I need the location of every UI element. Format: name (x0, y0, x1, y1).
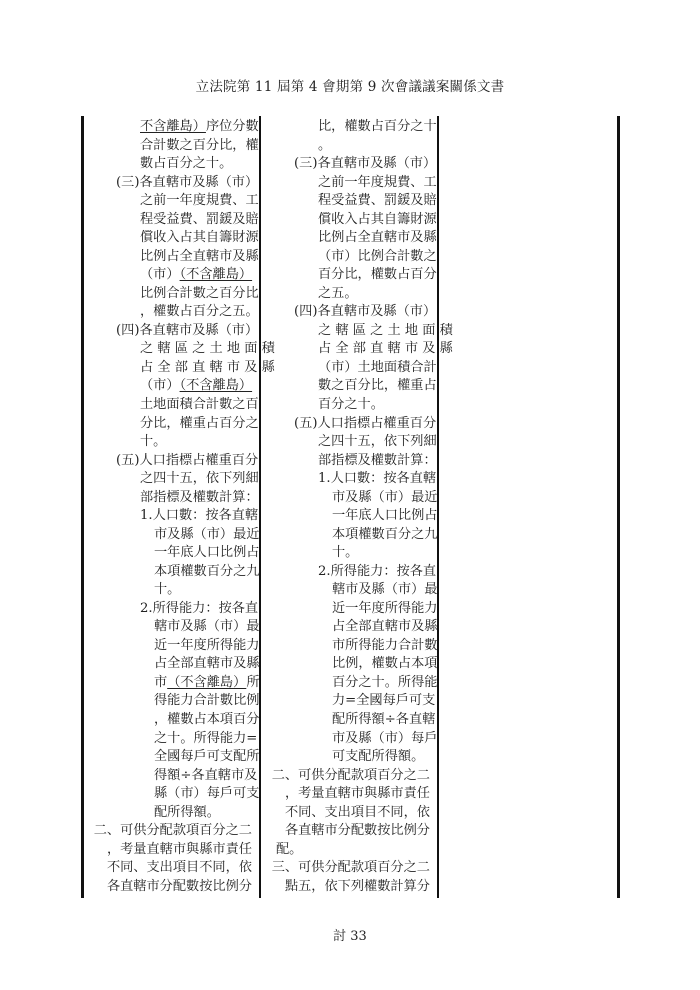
text-segment: 數之百分比，權重占 (318, 378, 437, 393)
text-segment: 二、可供分配款項百分之二 (272, 768, 430, 783)
text-segment: 配。 (276, 842, 302, 857)
text-line: 數占百分之十。 (88, 155, 256, 174)
text-line: 部指標及權數計算： (266, 452, 434, 471)
text-line: ，權數占百分之五。 (88, 303, 256, 322)
text-line: ，考量直轄市與縣市責任 (266, 785, 434, 804)
text-segment: 轄市及縣（市）最 (332, 582, 438, 597)
text-segment: 不同、支出項目不同，依 (285, 805, 430, 820)
text-line: 不含離島）序位分數 (88, 118, 256, 137)
underlined-amendment: （不含離島） (167, 675, 246, 690)
column-divider-1 (259, 116, 261, 898)
text-line: 占全部直轄市及縣 (266, 618, 434, 637)
text-segment: 之前一年度規費、工 (140, 193, 259, 208)
text-line: 一年底人口比例占 (88, 544, 256, 563)
text-line: 分比，權重占百分之 (88, 415, 256, 434)
text-line: 比例，權數占本項 (266, 655, 434, 674)
text-segment: 可支配所得額。 (332, 749, 424, 764)
text-line: 十。 (88, 581, 256, 600)
text-line: 近一年度所得能力 (88, 637, 256, 656)
text-segment: ，考量直轄市與縣市責任 (285, 786, 430, 801)
text-line: 各直轄市分配數按比例分 (88, 878, 256, 897)
text-line: 二、可供分配款項百分之二 (266, 767, 434, 786)
text-line: 轄市及縣（市）最 (266, 581, 434, 600)
text-line: 比例合計數之百分比 (88, 285, 256, 304)
text-line: 不同、支出項目不同，依 (88, 859, 256, 878)
text-segment: 市及縣（市）最近 (154, 527, 260, 542)
text-segment: 占 全 部 直 轄 市 及 縣 (318, 341, 453, 356)
text-segment: 比例占全直轄市及縣 (318, 230, 437, 245)
text-segment: 市所得能力合計數 (332, 638, 438, 653)
text-segment: 縣（市）每戶可支 (154, 786, 260, 801)
text-line: 點五，依下列權數計算分 (266, 878, 434, 897)
text-line: 數之百分比，權重占 (266, 377, 434, 396)
column-left: 不含離島）序位分數合計數之百分比，權數占百分之十。(三)各直轄市及縣（市）之前一… (88, 118, 256, 896)
text-line: 2.所得能力：按各直 (88, 600, 256, 619)
text-line: 市及縣（市）每戶 (266, 730, 434, 749)
text-segment: 十。 (154, 582, 180, 597)
text-segment: （市） (140, 267, 180, 282)
text-segment: 部指標及權數計算： (140, 490, 259, 505)
underlined-amendment: 不含離島） (140, 119, 206, 134)
text-line: ，考量直轄市與縣市責任 (88, 841, 256, 860)
text-segment: 一年底人口比例占 (154, 545, 260, 560)
text-line: 配所得額。 (88, 804, 256, 823)
text-line: （市）土地面積合計 (266, 359, 434, 378)
text-line: 百分之十。所得能 (266, 674, 434, 693)
text-segment: （市） (140, 378, 180, 393)
text-segment: 十。 (332, 545, 358, 560)
text-segment: 償收入占其自籌財源 (318, 212, 437, 227)
text-segment: （市）比例合計數之 (318, 249, 437, 264)
text-segment: ，權數占百分之五。 (140, 304, 259, 319)
text-segment: 。 (318, 138, 331, 153)
text-segment: 部指標及權數計算： (318, 453, 437, 468)
text-line: 力=全國每戶可支 (266, 692, 434, 711)
text-segment: 1.人口數：按各直轄 (140, 508, 258, 523)
text-line: 可支配所得額。 (266, 748, 434, 767)
text-line: (四)各直轄市及縣（市） (266, 303, 434, 322)
text-segment: 不同、支出項目不同，依 (107, 860, 252, 875)
text-segment: 比例，權數占本項 (332, 656, 438, 671)
text-line: 轄市及縣（市）最 (88, 618, 256, 637)
text-line: 比例占全直轄市及縣 (266, 229, 434, 248)
text-segment: 1.人口數：按各直轄 (318, 471, 436, 486)
text-line: 三、可供分配款項百分之二 (266, 859, 434, 878)
table-border-left (81, 116, 84, 898)
text-line: 合計數之百分比，權 (88, 137, 256, 156)
text-segment: 力=全國每戶可支 (332, 693, 435, 708)
text-segment: 點五，依下列權數計算分 (285, 879, 430, 894)
text-segment: (四)各直轄市及縣（市） (116, 323, 258, 338)
text-line: 償收入占其自籌財源 (266, 211, 434, 230)
text-segment: 百分比，權數占百分 (318, 267, 437, 282)
text-line: 得能力合計數比例 (88, 692, 256, 711)
text-segment: (三)各直轄市及縣（市） (116, 175, 258, 190)
text-segment: 三、可供分配款項百分之二 (272, 860, 430, 875)
text-line: 償收入占其自籌財源 (88, 229, 256, 248)
text-segment: 之四十五，依下列細 (318, 434, 437, 449)
text-segment: 百分之十。所得能 (332, 675, 438, 690)
text-line: 之前一年度規費、工 (266, 174, 434, 193)
text-segment: 近一年度所得能力 (332, 601, 438, 616)
text-segment: 之 轄 區 之 土 地 面 積 (140, 341, 275, 356)
text-line: 得額÷各直轄市及 (88, 767, 256, 786)
text-segment: 占全部直轄市及縣 (332, 619, 438, 634)
text-line: （市）（不含離島） (88, 266, 256, 285)
text-segment: 二、可供分配款項百分之二 (94, 823, 252, 838)
text-line: 本項權數百分之九 (88, 563, 256, 582)
text-segment: 之 轄 區 之 土 地 面 積 (318, 323, 453, 338)
column-middle: 比，權數占百分之十。(三)各直轄市及縣（市）之前一年度規費、工程受益費、罰鍰及賠… (266, 118, 434, 896)
text-segment: 近一年度所得能力 (154, 638, 260, 653)
text-segment: 本項權數百分之九 (332, 527, 438, 542)
text-segment: 土地面積合計數之百 (140, 397, 259, 412)
text-line: 各直轄市分配數按比例分 (266, 822, 434, 841)
text-segment: ，考量直轄市與縣市責任 (107, 842, 252, 857)
text-line: 配。 (266, 841, 434, 860)
text-segment: 之前一年度規費、工 (318, 175, 437, 190)
text-line: 土地面積合計數之百 (88, 396, 256, 415)
text-segment: 比，權數占百分之十 (318, 119, 437, 134)
text-line: 之 轄 區 之 土 地 面 積 (266, 322, 434, 341)
text-line: 市（不含離島）所 (88, 674, 256, 693)
text-segment: 數占百分之十。 (140, 156, 232, 171)
text-segment: 各直轄市分配數按比例分 (107, 879, 252, 894)
text-segment: 各直轄市分配數按比例分 (285, 823, 430, 838)
text-line: 程受益費、罰鍰及賠 (266, 192, 434, 211)
text-line: 1.人口數：按各直轄 (88, 507, 256, 526)
text-segment: 百分之十。 (318, 397, 384, 412)
page-header: 立法院第 11 屆第 4 會期第 9 次會議議案關係文書 (0, 75, 700, 95)
text-line: 之四十五，依下列細 (88, 470, 256, 489)
text-segment: 得能力合計數比例 (154, 693, 260, 708)
text-segment: (五)人口指標占權重百分 (294, 416, 436, 431)
text-segment: 合計數之百分比，權 (140, 138, 259, 153)
text-segment: 程受益費、罰鍰及賠 (318, 193, 437, 208)
text-segment: 占 全 部 直 轄 市 及 縣 (140, 360, 275, 375)
text-line: 縣（市）每戶可支 (88, 785, 256, 804)
text-line: 2.所得能力：按各直 (266, 563, 434, 582)
table-border-right (617, 116, 620, 898)
text-line: （市）比例合計數之 (266, 248, 434, 267)
text-segment: 分比，權重占百分之 (140, 416, 259, 431)
text-line: （市）（不含離島） (88, 377, 256, 396)
text-segment: 之四十五，依下列細 (140, 471, 259, 486)
text-line: 比，權數占百分之十 (266, 118, 434, 137)
text-line: 全國每戶可支配所 (88, 748, 256, 767)
text-line: 之前一年度規費、工 (88, 192, 256, 211)
text-line: 占全部直轄市及縣 (88, 655, 256, 674)
text-line: 部指標及權數計算： (88, 489, 256, 508)
text-segment: 十。 (140, 434, 166, 449)
text-line: 之十。所得能力= (88, 730, 256, 749)
text-segment: 序位分數 (206, 119, 259, 134)
text-line: 百分比，權數占百分 (266, 266, 434, 285)
text-segment: 所 (246, 675, 259, 690)
underlined-amendment: （不含離島） (180, 378, 253, 393)
text-line: (五)人口指標占權重百分 (88, 452, 256, 471)
text-segment: 程受益費、罰鍰及賠 (140, 212, 259, 227)
text-line: 之 轄 區 之 土 地 面 積 (88, 340, 256, 359)
text-line: 比例占全直轄市及縣 (88, 248, 256, 267)
text-line: 二、可供分配款項百分之二 (88, 822, 256, 841)
text-line: 占 全 部 直 轄 市 及 縣 (266, 340, 434, 359)
text-segment: 比例合計數之百分比 (140, 286, 259, 301)
text-line: 百分之十。 (266, 396, 434, 415)
text-segment: 比例占全直轄市及縣 (140, 249, 259, 264)
text-segment: 2.所得能力：按各直 (140, 601, 258, 616)
text-segment: 配所得額÷各直轄 (332, 712, 435, 727)
text-segment: ，權數占本項百分 (154, 712, 260, 727)
text-segment: 一年底人口比例占 (332, 508, 438, 523)
text-segment: (四)各直轄市及縣（市） (294, 304, 436, 319)
text-line: (五)人口指標占權重百分 (266, 415, 434, 434)
text-line: 近一年度所得能力 (266, 600, 434, 619)
text-line: (四)各直轄市及縣（市） (88, 322, 256, 341)
text-segment: 市及縣（市）最近 (332, 490, 438, 505)
text-line: 一年底人口比例占 (266, 507, 434, 526)
text-segment: (五)人口指標占權重百分 (116, 453, 258, 468)
text-segment: 市 (154, 675, 167, 690)
text-line: 不同、支出項目不同，依 (266, 804, 434, 823)
text-segment: 2.所得能力：按各直 (318, 564, 436, 579)
text-segment: 轄市及縣（市）最 (154, 619, 260, 634)
text-segment: (三)各直轄市及縣（市） (294, 156, 436, 171)
text-line: 。 (266, 137, 434, 156)
text-segment: 之十。所得能力= (154, 731, 257, 746)
text-line: (三)各直轄市及縣（市） (88, 174, 256, 193)
text-line: 1.人口數：按各直轄 (266, 470, 434, 489)
page-footer: 討 33 (0, 925, 700, 944)
underlined-amendment: （不含離島） (180, 267, 253, 282)
text-line: 市及縣（市）最近 (266, 489, 434, 508)
text-line: 配所得額÷各直轄 (266, 711, 434, 730)
text-line: 市所得能力合計數 (266, 637, 434, 656)
text-segment: 配所得額。 (154, 805, 220, 820)
text-segment: 之五。 (318, 286, 358, 301)
text-segment: （市）土地面積合計 (318, 360, 437, 375)
text-line: 本項權數百分之九 (266, 526, 434, 545)
text-line: 程受益費、罰鍰及賠 (88, 211, 256, 230)
text-segment: 得額÷各直轄市及 (154, 768, 257, 783)
text-segment: 占全部直轄市及縣 (154, 656, 260, 671)
text-line: ，權數占本項百分 (88, 711, 256, 730)
text-line: 之四十五，依下列細 (266, 433, 434, 452)
text-segment: 償收入占其自籌財源 (140, 230, 259, 245)
text-line: (三)各直轄市及縣（市） (266, 155, 434, 174)
text-segment: 市及縣（市）每戶 (332, 731, 438, 746)
text-segment: 全國每戶可支配所 (154, 749, 260, 764)
text-segment: 本項權數百分之九 (154, 564, 260, 579)
text-line: 占 全 部 直 轄 市 及 縣 (88, 359, 256, 378)
text-line: 之五。 (266, 285, 434, 304)
text-line: 十。 (266, 544, 434, 563)
text-line: 十。 (88, 433, 256, 452)
text-line: 市及縣（市）最近 (88, 526, 256, 545)
